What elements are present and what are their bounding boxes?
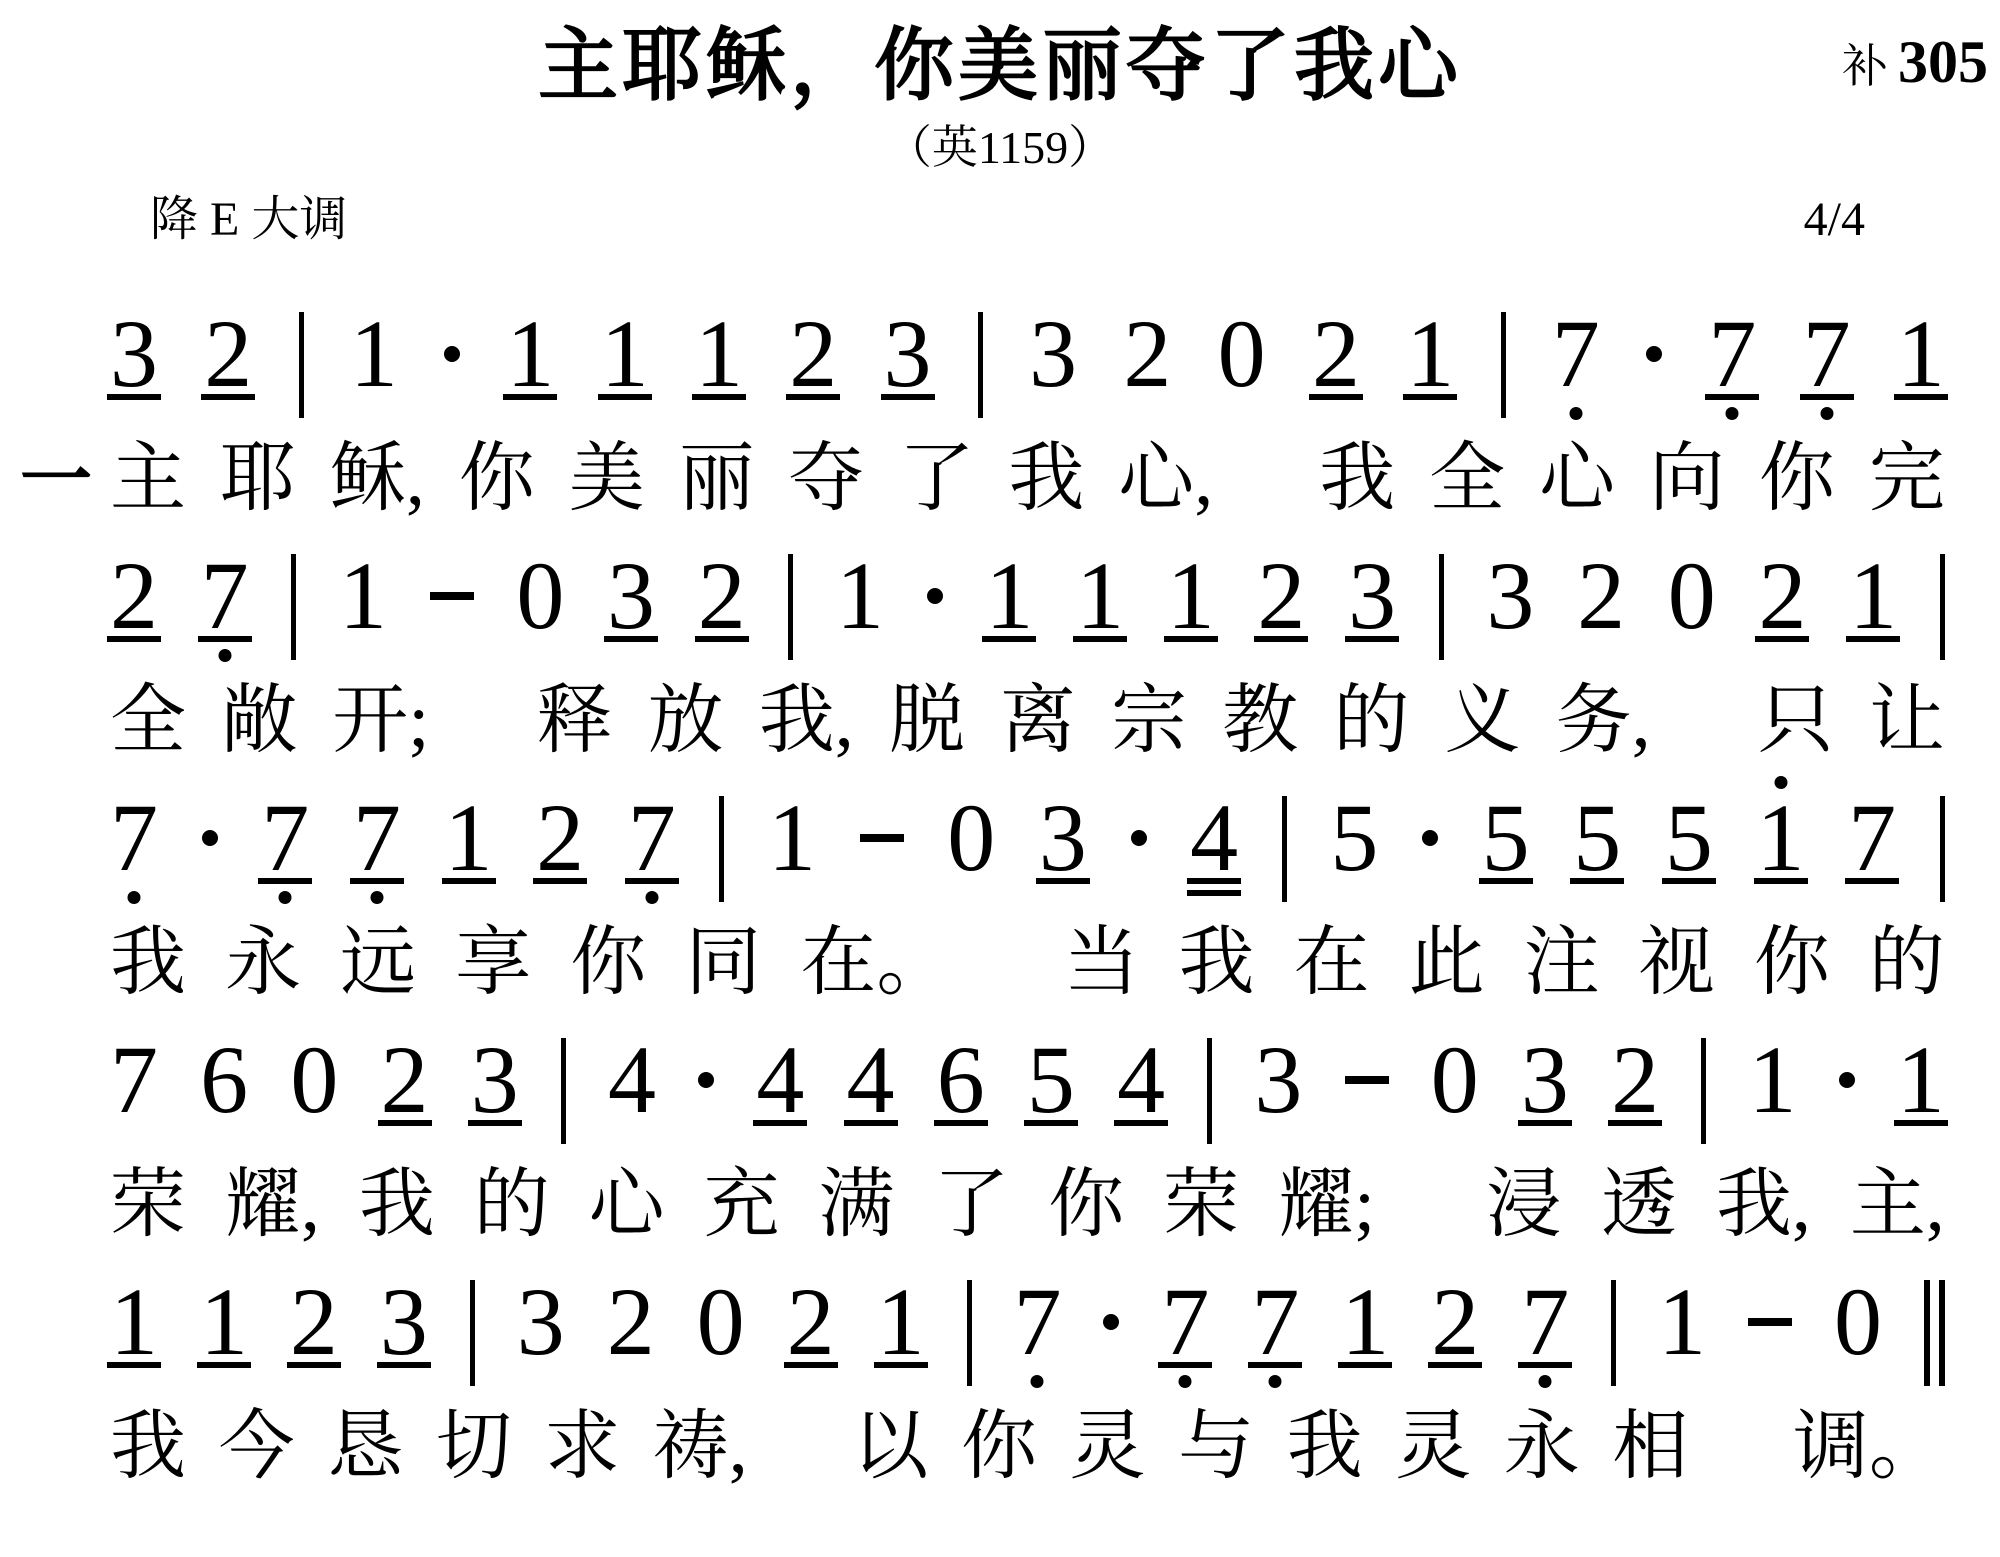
underline xyxy=(695,636,749,642)
barline xyxy=(299,312,304,418)
note-digit: 1 xyxy=(1897,306,1945,402)
underline xyxy=(258,878,312,884)
note: 1 xyxy=(877,1274,925,1370)
duration-dot xyxy=(698,1072,714,1088)
lyric-syllable: 心 xyxy=(589,1156,665,1254)
note: 5 xyxy=(1665,790,1713,886)
note: 2 xyxy=(789,306,837,402)
hymn-number-label: 补 xyxy=(1842,41,1888,92)
lyric-syllable: 浸 xyxy=(1486,1156,1562,1254)
note: 7 xyxy=(1552,306,1600,402)
note-digit: 1 xyxy=(1406,306,1454,402)
note-digit: 0 xyxy=(1218,306,1266,402)
lyric-syllable: 灵 xyxy=(1395,1398,1471,1496)
note-digit: 7 xyxy=(110,790,158,886)
lyric-syllable: 你 xyxy=(961,1398,1037,1496)
underline xyxy=(1073,636,1127,642)
header: 主耶稣，你美丽夺了我心 补305 （英1159） 降 E 大调 4/4 xyxy=(0,0,2000,250)
note: 3 xyxy=(1521,1032,1569,1128)
duration-dot xyxy=(1131,830,1147,846)
note-digit: 3 xyxy=(607,548,655,644)
duration-dot xyxy=(1103,1314,1119,1330)
octave-dot-low xyxy=(1569,407,1582,420)
lyric-syllable: 放 xyxy=(648,672,724,770)
note: 7 xyxy=(201,548,249,644)
note-digit: 7 xyxy=(1803,306,1851,402)
note: 1 xyxy=(1748,1032,1796,1128)
note-digit: 3 xyxy=(1039,790,1087,886)
note-digit: 5 xyxy=(1027,1032,1075,1128)
note-digit: 1 xyxy=(836,548,884,644)
note-digit: 2 xyxy=(110,548,158,644)
lyric-syllable: 耀, xyxy=(225,1156,320,1254)
rest-note: 0 xyxy=(1218,306,1266,402)
lyrics-line-1: 一主耶稣,你美丽夺了我心,我全心向你完 xyxy=(110,430,1945,542)
underline xyxy=(1518,1120,1572,1126)
note: 7 xyxy=(353,790,401,886)
note-digit: 3 xyxy=(1521,1032,1569,1128)
note: 2 xyxy=(110,548,158,644)
underline xyxy=(1518,1362,1572,1368)
key-time-row: 降 E 大调 4/4 xyxy=(0,178,2000,250)
note-digit: 3 xyxy=(517,1274,565,1370)
notation-line-1: 32111123320217771 xyxy=(110,306,1945,430)
note: 7 xyxy=(628,790,676,886)
note: 3 xyxy=(1348,548,1396,644)
lyric-syllable: 教 xyxy=(1222,672,1298,770)
note-digit: 3 xyxy=(471,1032,519,1128)
underline xyxy=(1345,636,1399,642)
note: 1 xyxy=(1849,548,1897,644)
note: 2 xyxy=(204,306,252,402)
underline xyxy=(881,394,935,400)
underline xyxy=(1662,878,1716,884)
note: 7 xyxy=(1161,1274,1209,1370)
note-digit: 1 xyxy=(1757,790,1805,886)
notation-line-3: 7771271034555517 xyxy=(110,790,1945,914)
note: 2 xyxy=(698,548,746,644)
note: 1 xyxy=(985,548,1033,644)
barline xyxy=(978,312,983,418)
note: 2 xyxy=(381,1032,429,1128)
barline xyxy=(1207,1038,1212,1144)
lyric-syllable: 透 xyxy=(1601,1156,1677,1254)
lyric-syllable: 在 xyxy=(1294,914,1370,1012)
lyric-syllable: 享 xyxy=(455,914,531,1012)
note: 3 xyxy=(380,1274,428,1370)
lyric-syllable: 我 xyxy=(1179,914,1255,1012)
note: 1 xyxy=(695,306,743,402)
note: 1 xyxy=(339,548,387,644)
note: 5 xyxy=(1482,790,1530,886)
note: 4 xyxy=(608,1032,656,1128)
note-digit: 1 xyxy=(1658,1274,1706,1370)
note-digit: 1 xyxy=(695,306,743,402)
octave-dot-low xyxy=(279,891,292,904)
underline xyxy=(1187,878,1241,884)
note-digit: 6 xyxy=(937,1032,985,1128)
rest-note: 0 xyxy=(1668,548,1716,644)
note-digit: 3 xyxy=(884,306,932,402)
note: 1 xyxy=(1341,1274,1389,1370)
underline xyxy=(692,394,746,400)
lyric-syllable: 与 xyxy=(1178,1398,1254,1496)
lyric-syllable: 充 xyxy=(704,1156,780,1254)
note-digit: 7 xyxy=(1251,1274,1299,1370)
note-digit: 0 xyxy=(516,548,564,644)
note: 3 xyxy=(1039,790,1087,886)
note: 1 xyxy=(601,306,649,402)
lyric-syllable: 敞 xyxy=(221,672,297,770)
note-digit: 4 xyxy=(1190,790,1238,886)
barline xyxy=(1701,1038,1706,1144)
barline xyxy=(967,1280,972,1386)
lyric-syllable: 荣 xyxy=(1163,1156,1239,1254)
lyric-syllable: 宗 xyxy=(1111,672,1187,770)
barline xyxy=(1940,796,1945,902)
lyric-syllable: 我, xyxy=(759,672,854,770)
rest-note: 0 xyxy=(947,790,995,886)
underline xyxy=(1403,394,1457,400)
lyric-syllable: 相 xyxy=(1612,1398,1688,1496)
note-digit: 1 xyxy=(1341,1274,1389,1370)
underline xyxy=(378,1120,432,1126)
hymn-title: 主耶稣，你美丽夺了我心 xyxy=(0,18,2000,114)
note-digit: 7 xyxy=(1848,790,1896,886)
note-digit: 0 xyxy=(1668,548,1716,644)
octave-dot-low xyxy=(645,891,658,904)
note-digit: 3 xyxy=(1486,548,1534,644)
note-digit: 5 xyxy=(1573,790,1621,886)
underline xyxy=(1187,890,1241,896)
note: 1 xyxy=(768,790,816,886)
octave-dot-low xyxy=(1820,407,1833,420)
note: 7 xyxy=(1521,1274,1569,1370)
note: 2 xyxy=(1123,306,1171,402)
underline xyxy=(197,1362,251,1368)
underline xyxy=(786,394,840,400)
underline xyxy=(350,878,404,884)
music-systems: 32111123320217771一主耶稣,你美丽夺了我心,我全心向你完2710… xyxy=(0,306,2000,1510)
note-digit: 2 xyxy=(1577,548,1625,644)
note-digit: 1 xyxy=(1748,1032,1796,1128)
note: 2 xyxy=(1431,1274,1479,1370)
note: 7 xyxy=(110,790,158,886)
note-digit: 2 xyxy=(1611,1032,1659,1128)
underline xyxy=(442,878,496,884)
notation-line-2: 27103211112332021 xyxy=(110,548,1945,672)
underline xyxy=(1570,878,1624,884)
note-digit: 1 xyxy=(768,790,816,886)
note: 3 xyxy=(110,306,158,402)
note-digit: 1 xyxy=(506,306,554,402)
barline xyxy=(1439,554,1444,660)
octave-dot-low xyxy=(128,891,141,904)
note: 1 xyxy=(1076,548,1124,644)
barline xyxy=(470,1280,475,1386)
underline xyxy=(1309,394,1363,400)
note-digit: 7 xyxy=(1013,1274,1061,1370)
lyric-syllable: 丽 xyxy=(679,430,755,528)
lyric-syllable: 的 xyxy=(474,1156,550,1254)
lyric-syllable: 的 xyxy=(1869,914,1945,1012)
underline xyxy=(201,394,255,400)
note-digit: 0 xyxy=(290,1032,338,1128)
note-digit: 2 xyxy=(1312,306,1360,402)
note-digit: 0 xyxy=(697,1274,745,1370)
octave-dot-low xyxy=(1179,1375,1192,1388)
lyric-syllable: 恳 xyxy=(327,1398,403,1496)
hymn-number-badge: 补305 xyxy=(1842,28,1988,97)
lyric-syllable: 求 xyxy=(544,1398,620,1496)
lyric-syllable: 脱 xyxy=(889,672,965,770)
barline xyxy=(788,554,793,660)
underline xyxy=(934,1120,988,1126)
lyric-syllable: 义 xyxy=(1445,672,1521,770)
note: 7 xyxy=(1708,306,1756,402)
lyric-syllable: 我 xyxy=(1008,430,1084,528)
note: 3 xyxy=(1486,548,1534,644)
notation-line-5: 11233202177712710 xyxy=(110,1274,1945,1398)
octave-dot-low xyxy=(1539,1375,1552,1388)
duration-dot xyxy=(1646,346,1662,362)
note-digit: 2 xyxy=(1758,548,1806,644)
lyric-syllable: 我, xyxy=(1716,1156,1811,1254)
underline xyxy=(1254,636,1308,642)
note: 2 xyxy=(1611,1032,1659,1128)
underline xyxy=(1114,1120,1168,1126)
note-digit: 4 xyxy=(756,1032,804,1128)
note: 4 xyxy=(1117,1032,1165,1128)
note-digit: 1 xyxy=(110,1274,158,1370)
note-digit: 2 xyxy=(536,790,584,886)
note-digit: 7 xyxy=(201,548,249,644)
lyric-syllable: 向 xyxy=(1649,430,1725,528)
note: 2 xyxy=(1758,548,1806,644)
lyric-syllable: 荣 xyxy=(110,1156,186,1254)
note: 2 xyxy=(290,1274,338,1370)
lyric-syllable: 完 xyxy=(1869,430,1945,528)
underline xyxy=(1248,1362,1302,1368)
note: 1 xyxy=(1406,306,1454,402)
underline xyxy=(1164,636,1218,642)
note-digit: 1 xyxy=(877,1274,925,1370)
underline xyxy=(377,1362,431,1368)
lyric-syllable: 美 xyxy=(569,430,645,528)
underline xyxy=(1894,1120,1948,1126)
verse-number: 一 xyxy=(20,432,92,530)
note: 1 xyxy=(506,306,554,402)
lyric-syllable: 了 xyxy=(898,430,974,528)
rest-note: 0 xyxy=(1834,1274,1882,1370)
underline xyxy=(598,394,652,400)
underline xyxy=(107,394,161,400)
lyric-syllable: 你 xyxy=(1759,430,1835,528)
note: 5 xyxy=(1330,790,1378,886)
lyric-syllable: 此 xyxy=(1409,914,1485,1012)
duration-dot xyxy=(1422,830,1438,846)
lyric-syllable: 在。 xyxy=(800,914,952,1012)
note-digit: 1 xyxy=(200,1274,248,1370)
lyric-syllable: 的 xyxy=(1333,672,1409,770)
underline xyxy=(107,1362,161,1368)
lyric-syllable: 心, xyxy=(1118,430,1213,528)
lyric-syllable: 注 xyxy=(1524,914,1600,1012)
note: 2 xyxy=(607,1274,655,1370)
octave-dot-low xyxy=(1031,1375,1044,1388)
underline xyxy=(1894,394,1948,400)
lyric-syllable: 切 xyxy=(436,1398,512,1496)
lyric-syllable: 同 xyxy=(685,914,761,1012)
note: 3 xyxy=(884,306,932,402)
note-digit: 7 xyxy=(261,790,309,886)
underline xyxy=(533,878,587,884)
note: 2 xyxy=(1257,548,1305,644)
rest-note: 0 xyxy=(697,1274,745,1370)
note: 2 xyxy=(1312,306,1360,402)
barline xyxy=(561,1038,566,1144)
note: 1 xyxy=(200,1274,248,1370)
note-digit: 1 xyxy=(445,790,493,886)
note-digit: 5 xyxy=(1330,790,1378,886)
lyric-syllable: 我 xyxy=(110,1398,186,1496)
lyric-syllable: 耀; xyxy=(1278,1156,1375,1254)
note-digit: 0 xyxy=(947,790,995,886)
underline xyxy=(604,636,658,642)
lyric-syllable: 只 xyxy=(1758,672,1834,770)
lyric-syllable: 你 xyxy=(459,430,535,528)
octave-dot-low xyxy=(1269,1375,1282,1388)
note: 3 xyxy=(607,548,655,644)
underline xyxy=(468,1120,522,1126)
note-digit: 7 xyxy=(110,1032,158,1128)
barline xyxy=(1282,796,1287,902)
lyric-syllable: 你 xyxy=(1048,1156,1124,1254)
lyric-syllable: 灵 xyxy=(1070,1398,1146,1496)
note: 7 xyxy=(261,790,309,886)
hymn-sheet: 主耶稣，你美丽夺了我心 补305 （英1159） 降 E 大调 4/4 3211… xyxy=(0,0,2000,1557)
note-digit: 2 xyxy=(290,1274,338,1370)
lyric-syllable: 满 xyxy=(818,1156,894,1254)
lyrics-line-4: 荣耀,我的心充满了你荣耀;浸透我,主, xyxy=(110,1156,1945,1268)
octave-dot-low xyxy=(370,891,383,904)
note: 7 xyxy=(1848,790,1896,886)
note-digit: 3 xyxy=(1348,548,1396,644)
note: 3 xyxy=(1254,1032,1302,1128)
note: 2 xyxy=(1577,548,1625,644)
lyrics-line-5: 我今恳切求祷,以你灵与我灵永相调。 xyxy=(110,1398,1945,1510)
note-digit: 4 xyxy=(608,1032,656,1128)
note: 4 xyxy=(847,1032,895,1128)
note-digit: 3 xyxy=(380,1274,428,1370)
lyric-syllable: 全 xyxy=(1429,430,1505,528)
note: 4 xyxy=(756,1032,804,1128)
note: 1 xyxy=(110,1274,158,1370)
note-digit: 3 xyxy=(1254,1032,1302,1128)
note: 5 xyxy=(1573,790,1621,886)
underline xyxy=(503,394,557,400)
underline xyxy=(1428,1362,1482,1368)
note: 1 xyxy=(445,790,493,886)
note: 1 xyxy=(1658,1274,1706,1370)
underline xyxy=(874,1362,928,1368)
underline xyxy=(844,1120,898,1126)
note: 3 xyxy=(517,1274,565,1370)
lyric-syllable: 耶 xyxy=(220,430,296,528)
note: 3 xyxy=(471,1032,519,1128)
lyric-syllable: 全 xyxy=(110,672,186,770)
barline xyxy=(1611,1280,1616,1386)
hymn-number-value: 305 xyxy=(1898,29,1988,95)
duration-dot xyxy=(444,346,460,362)
note-digit: 7 xyxy=(353,790,401,886)
lyric-syllable: 你 xyxy=(570,914,646,1012)
underline xyxy=(287,1362,341,1368)
underline xyxy=(784,1362,838,1368)
note: 2 xyxy=(536,790,584,886)
note-digit: 7 xyxy=(1552,306,1600,402)
lyric-syllable: 了 xyxy=(933,1156,1009,1254)
lyric-syllable: 当 xyxy=(1063,914,1139,1012)
held-beat-dash xyxy=(430,592,474,600)
note-digit: 1 xyxy=(1849,548,1897,644)
underline xyxy=(1846,636,1900,642)
lyric-syllable: 夺 xyxy=(789,430,865,528)
note-digit: 1 xyxy=(1167,548,1215,644)
note: 1 xyxy=(1897,306,1945,402)
note-digit: 6 xyxy=(200,1032,248,1128)
underline xyxy=(625,878,679,884)
note-digit: 1 xyxy=(339,548,387,644)
key-signature: 降 E 大调 xyxy=(150,190,347,250)
note-digit: 2 xyxy=(381,1032,429,1128)
lyric-syllable: 我 xyxy=(359,1156,435,1254)
held-beat-dash xyxy=(860,834,904,842)
lyric-syllable: 我 xyxy=(1319,430,1395,528)
notation-line-4: 76023444654303211 xyxy=(110,1032,1945,1156)
lyric-syllable: 永 xyxy=(225,914,301,1012)
lyric-syllable: 调。 xyxy=(1793,1398,1945,1496)
lyric-syllable: 稣, xyxy=(330,430,425,528)
note-digit: 2 xyxy=(698,548,746,644)
note: 1 xyxy=(1167,548,1215,644)
note: 7 xyxy=(110,1032,158,1128)
lyric-syllable: 视 xyxy=(1639,914,1715,1012)
note-digit: 1 xyxy=(350,306,398,402)
note-digit: 4 xyxy=(847,1032,895,1128)
note: 6 xyxy=(200,1032,248,1128)
note-digit: 2 xyxy=(607,1274,655,1370)
lyric-syllable: 我 xyxy=(110,914,186,1012)
final-barline xyxy=(1924,1280,1945,1386)
underline xyxy=(753,1120,807,1126)
rest-note: 0 xyxy=(516,548,564,644)
hymn-reference: （英1159） xyxy=(0,118,2000,178)
lyric-syllable: 以 xyxy=(852,1398,928,1496)
lyric-syllable: 我 xyxy=(1287,1398,1363,1496)
barline xyxy=(1501,312,1506,418)
note-digit: 7 xyxy=(1708,306,1756,402)
lyric-syllable: 心 xyxy=(1539,430,1615,528)
duration-dot xyxy=(1839,1072,1855,1088)
underline xyxy=(1158,1362,1212,1368)
lyrics-line-2: 全敞开;释放我,脱离宗教的义务,只让 xyxy=(110,672,1945,784)
note: 6 xyxy=(937,1032,985,1128)
rest-note: 0 xyxy=(1431,1032,1479,1128)
barline xyxy=(719,796,724,902)
lyric-syllable: 你 xyxy=(1754,914,1830,1012)
underline xyxy=(1845,878,1899,884)
